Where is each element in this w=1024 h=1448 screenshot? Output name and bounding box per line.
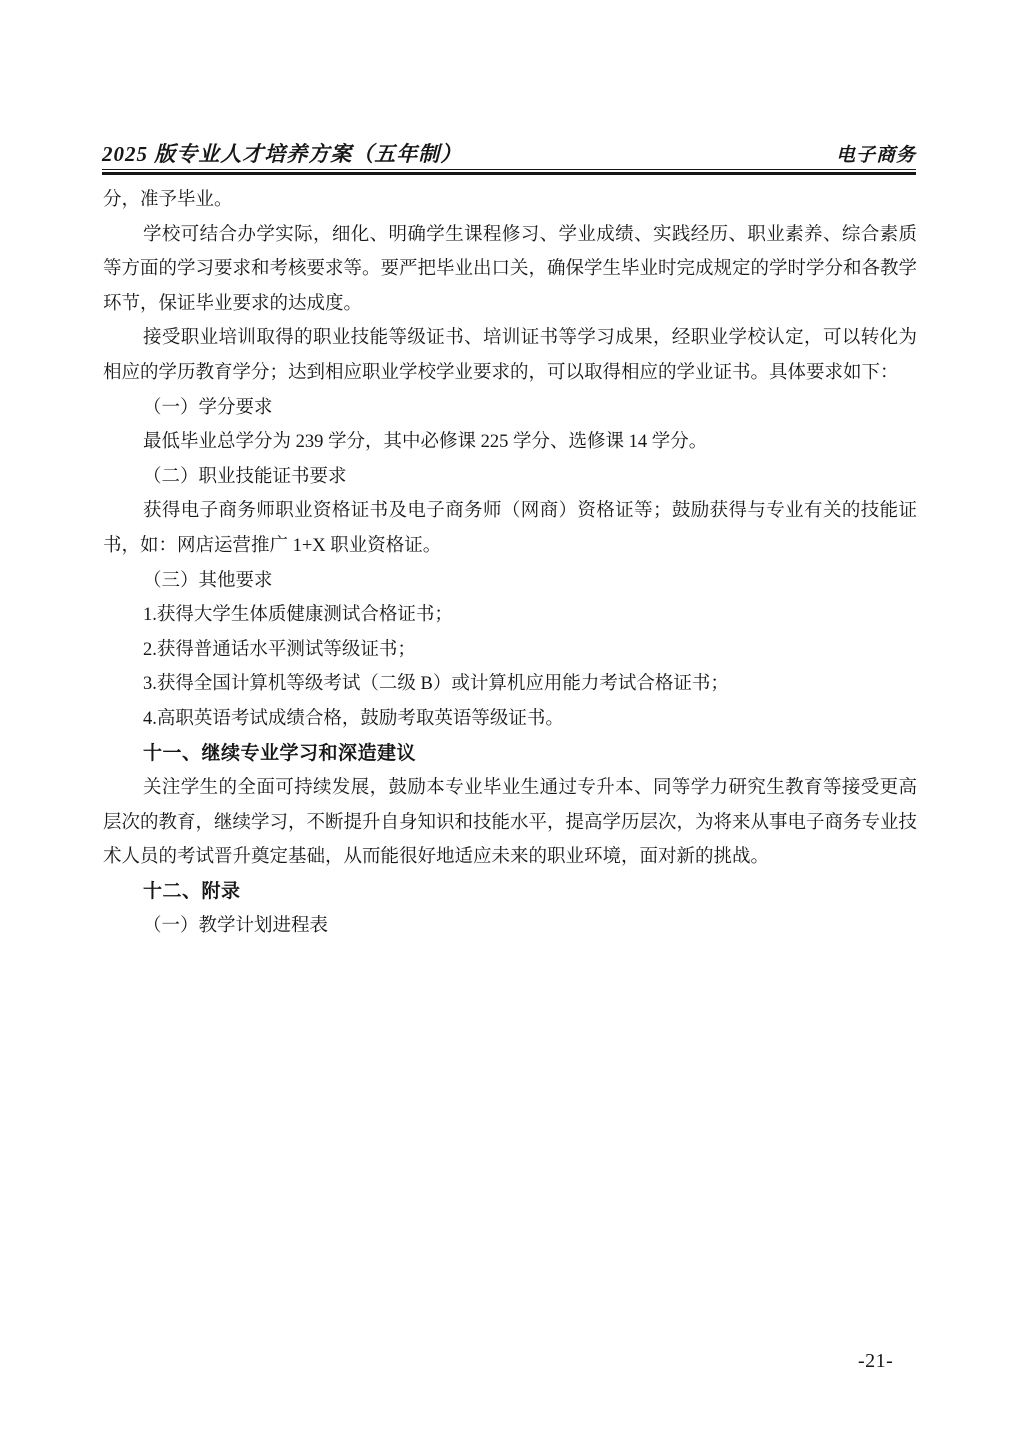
list-item-english-test: 4.高职英语考试成绩合格，鼓励考取英语等级证书。 bbox=[103, 702, 917, 737]
subheading-skill-certificate-requirement: （二）职业技能证书要求 bbox=[103, 460, 917, 495]
list-item-mandarin-test: 2.获得普通话水平测试等级证书； bbox=[103, 633, 917, 668]
paragraph-certificates: 获得电子商务师职业资格证书及电子商务师（网商）资格证等；鼓励获得与专业有关的技能… bbox=[103, 494, 917, 563]
section-heading-11-further-study: 十一、继续专业学习和深造建议 bbox=[103, 737, 917, 772]
subheading-other-requirements: （三）其他要求 bbox=[103, 564, 917, 599]
header-right-title: 电子商务 bbox=[836, 140, 916, 167]
subheading-credit-requirement: （一）学分要求 bbox=[103, 391, 917, 426]
document-body: 分，准予毕业。 学校可结合办学实际，细化、明确学生课程修习、学业成绩、实践经历、… bbox=[103, 183, 917, 944]
paragraph-school-requirements: 学校可结合办学实际，细化、明确学生课程修习、学业成绩、实践经历、职业素养、综合素… bbox=[103, 218, 917, 322]
paragraph-credit-conversion: 接受职业培训取得的职业技能等级证书、培训证书等学习成果，经职业学校认定，可以转化… bbox=[103, 321, 917, 390]
list-item-computer-test: 3.获得全国计算机等级考试（二级 B）或计算机应用能力考试合格证书； bbox=[103, 667, 917, 702]
document-page: 2025 版专业人才培养方案（五年制） 电子商务 分，准予毕业。 学校可结合办学… bbox=[0, 0, 1024, 1448]
paragraph-minimum-credits: 最低毕业总学分为 239 学分，其中必修课 225 学分、选修课 14 学分。 bbox=[103, 425, 917, 460]
header-double-rule bbox=[102, 169, 916, 175]
paragraph-teaching-plan-table: （一）教学计划进程表 bbox=[103, 909, 917, 944]
list-item-fitness-test: 1.获得大学生体质健康测试合格证书； bbox=[103, 598, 917, 633]
paragraph-further-study: 关注学生的全面可持续发展，鼓励本专业毕业生通过专升本、同等学力研究生教育等接受更… bbox=[103, 771, 917, 875]
paragraph-graduation-continued: 分，准予毕业。 bbox=[103, 183, 917, 218]
header-left-title: 2025 版专业人才培养方案（五年制） bbox=[102, 138, 462, 168]
running-header: 2025 版专业人才培养方案（五年制） 电子商务 bbox=[102, 138, 916, 168]
section-heading-12-appendix: 十二、附录 bbox=[103, 875, 917, 910]
page-number: -21- bbox=[858, 1350, 893, 1373]
